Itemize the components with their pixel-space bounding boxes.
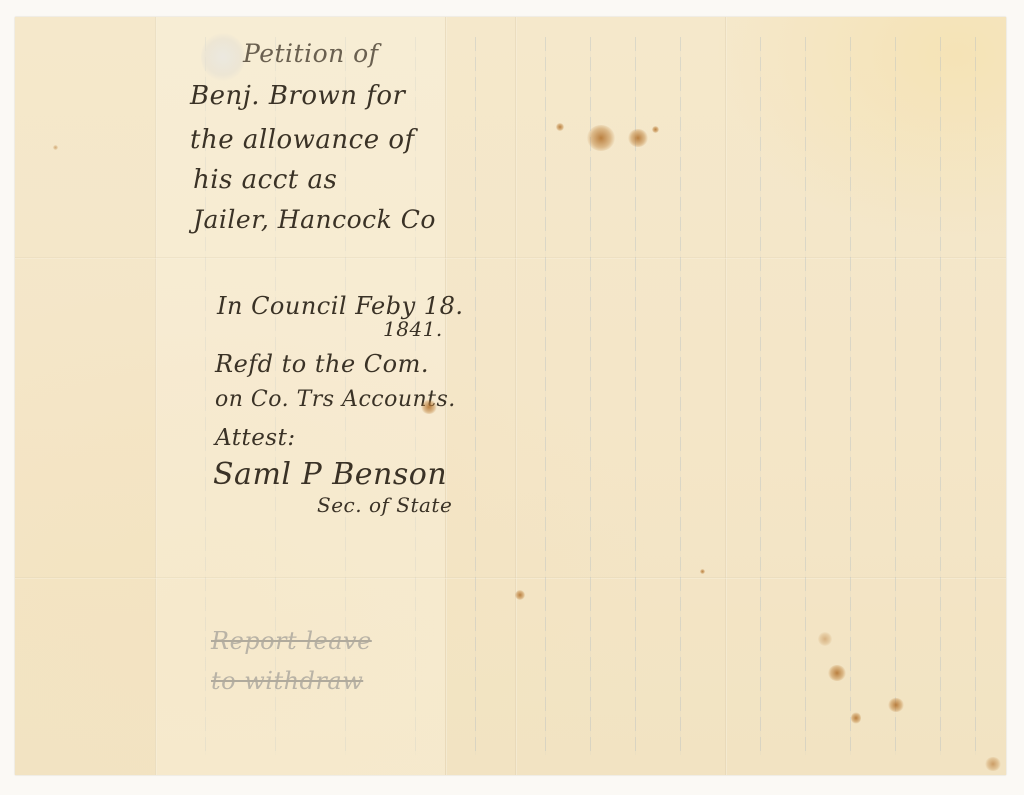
ruled-line — [805, 37, 806, 755]
document-page: Petition of Benj. Brown for the allowanc… — [15, 17, 1006, 775]
ruled-line — [850, 37, 851, 755]
ruled-line — [760, 37, 761, 755]
foxing-stain — [628, 129, 648, 147]
wax-seal-residue — [201, 33, 245, 81]
docket-line: the allowance of — [190, 125, 415, 155]
ruled-line — [895, 37, 896, 755]
ruled-line — [680, 37, 681, 755]
docket-line: Petition of — [243, 39, 378, 68]
fold-line — [725, 17, 727, 775]
foxing-stain — [700, 569, 705, 574]
foxing-stain — [556, 123, 564, 131]
council-note-line: on Co. Trs Accounts. — [215, 387, 456, 412]
docket-line: his acct as — [193, 165, 337, 195]
fold-line — [155, 17, 157, 775]
ruled-line — [940, 37, 941, 755]
council-note-year: 1841. — [383, 317, 443, 341]
ruled-line — [475, 37, 476, 755]
foxing-stain — [515, 590, 525, 600]
foxing-stain — [985, 757, 1001, 771]
foxing-stain — [828, 665, 846, 681]
signature: Saml P Benson — [213, 457, 447, 492]
fold-line — [515, 17, 517, 775]
signature-title: Sec. of State — [317, 493, 452, 517]
council-note-line: In Council Feby 18. — [217, 292, 463, 320]
docket-line: Benj. Brown for — [190, 81, 406, 111]
fold-line-horizontal — [15, 577, 1006, 579]
struck-note-line: to withdraw — [211, 667, 363, 695]
docket-line: Jailer, Hancock Co — [193, 205, 436, 234]
foxing-stain — [888, 698, 904, 712]
ruled-line — [975, 37, 976, 755]
foxing-stain — [421, 400, 437, 414]
ruled-line — [545, 37, 546, 755]
foxing-stain — [587, 125, 615, 151]
fold-line-horizontal — [15, 257, 1006, 259]
foxing-stain — [53, 145, 58, 150]
council-note-line: Refd to the Com. — [215, 350, 429, 378]
foxing-stain — [851, 712, 861, 724]
foxing-stain — [818, 632, 832, 646]
council-note-line: Attest: — [215, 425, 296, 451]
foxing-stain — [652, 126, 659, 133]
struck-note-line: Report leave — [211, 627, 372, 655]
